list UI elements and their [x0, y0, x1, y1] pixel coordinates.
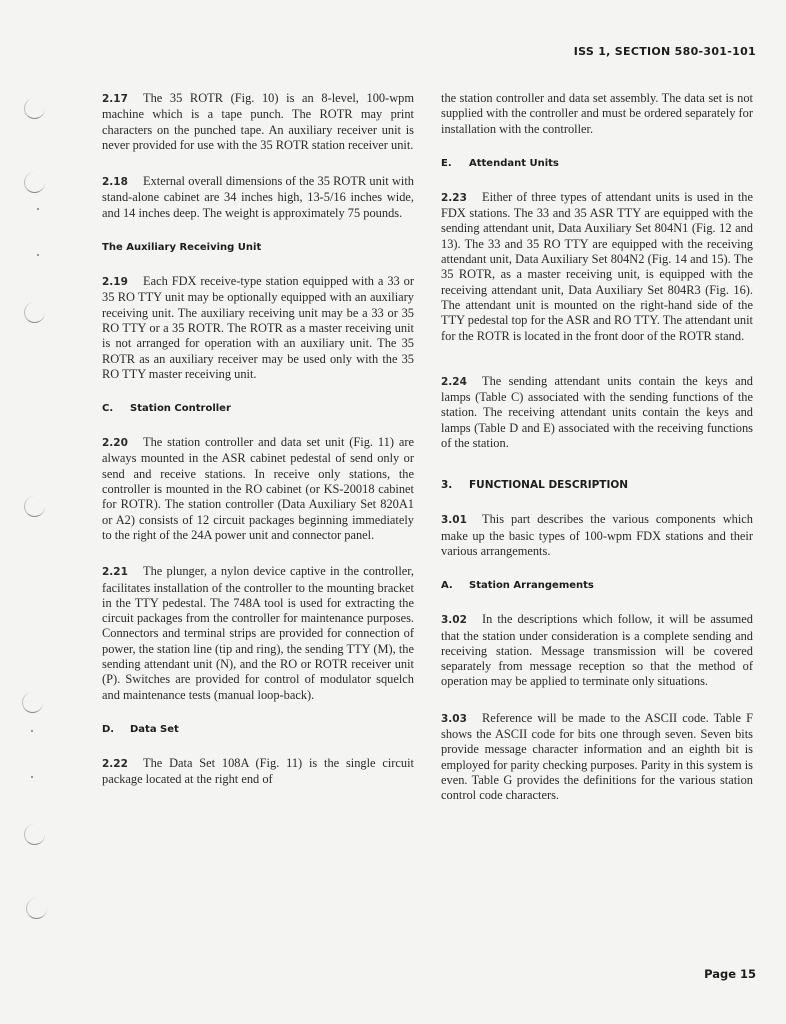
heading-station-arrangements: A.Station Arrangements: [441, 580, 753, 591]
heading-letter: A.: [441, 580, 469, 591]
paragraph-2-22: 2.22The Data Set 108A (Fig. 11) is the s…: [102, 756, 414, 788]
binder-hole: [24, 824, 45, 845]
paragraph-number: 2.20: [102, 436, 143, 451]
paragraph-2-19: 2.19Each FDX receive-type station equipp…: [102, 274, 414, 382]
binder-hole: [24, 496, 45, 517]
paragraph-2-21: 2.21The plunger, a nylon device captive …: [102, 564, 414, 703]
paragraph-number: 2.18: [102, 175, 143, 190]
paragraph-text: In the descriptions which follow, it wil…: [441, 612, 753, 688]
left-column: 2.17The 35 ROTR (Fig. 10) is an 8-level,…: [102, 91, 414, 809]
binder-hole: [22, 692, 43, 713]
paragraph-text: This part describes the various componen…: [441, 512, 753, 558]
heading-letter: 3.: [441, 479, 469, 491]
document-page: ISS 1, SECTION 580-301-101 2.17The 35 RO…: [0, 0, 786, 1024]
heading-letter: D.: [102, 724, 130, 735]
paragraph-number: 2.17: [102, 92, 143, 107]
paragraph-text: The Data Set 108A (Fig. 11) is the singl…: [102, 756, 414, 786]
paragraph-text: External overall dimensions of the 35 RO…: [102, 174, 414, 220]
heading-text: FUNCTIONAL DESCRIPTION: [469, 479, 628, 491]
heading-attendant-units: E.Attendant Units: [441, 158, 753, 169]
paragraph-text: Reference will be made to the ASCII code…: [441, 711, 753, 802]
right-column: the station controller and data set asse…: [441, 91, 753, 825]
heading-text: Station Arrangements: [469, 580, 594, 591]
paragraph-number: 2.19: [102, 275, 143, 290]
paragraph-text: The plunger, a nylon device captive in t…: [102, 564, 414, 701]
heading-station-controller: C.Station Controller: [102, 403, 414, 414]
paragraph-2-17: 2.17The 35 ROTR (Fig. 10) is an 8-level,…: [102, 91, 414, 153]
binder-hole: [26, 898, 47, 919]
paragraph-number: 2.23: [441, 191, 482, 206]
paragraph-number: 2.22: [102, 757, 143, 772]
binder-hole: [24, 98, 45, 119]
paragraph-2-22-continued: the station controller and data set asse…: [441, 91, 753, 137]
paragraph-number: 2.21: [102, 565, 143, 580]
margin-dot: [31, 776, 33, 778]
paragraph-2-18: 2.18External overall dimensions of the 3…: [102, 174, 414, 221]
page-number: Page 15: [704, 967, 756, 981]
margin-dot: [31, 730, 33, 732]
heading-text: Attendant Units: [469, 158, 559, 169]
margin-dot: [37, 208, 39, 210]
paragraph-text: The 35 ROTR (Fig. 10) is an 8-level, 100…: [102, 91, 414, 152]
section-header: ISS 1, SECTION 580-301-101: [574, 45, 756, 58]
paragraph-3-01: 3.01This part describes the various comp…: [441, 512, 753, 559]
heading-letter: C.: [102, 403, 130, 414]
heading-text: Station Controller: [130, 403, 231, 414]
heading-functional-description: 3.FUNCTIONAL DESCRIPTION: [441, 479, 753, 491]
binder-hole: [24, 172, 45, 193]
margin-dot: [37, 254, 39, 256]
paragraph-3-02: 3.02In the descriptions which follow, it…: [441, 612, 753, 689]
paragraph-number: 3.01: [441, 513, 482, 528]
paragraph-2-23: 2.23Either of three types of attendant u…: [441, 190, 753, 344]
heading-letter: E.: [441, 158, 469, 169]
binder-hole: [24, 302, 45, 323]
paragraph-text: The sending attendant units contain the …: [441, 374, 753, 450]
paragraph-number: 2.24: [441, 375, 482, 390]
paragraph-text: Each FDX receive-type station equipped w…: [102, 274, 414, 381]
paragraph-number: 3.03: [441, 712, 482, 727]
heading-data-set: D.Data Set: [102, 724, 414, 735]
heading-text: Data Set: [130, 724, 179, 735]
paragraph-text: The station controller and data set unit…: [102, 435, 414, 542]
paragraph-3-03: 3.03Reference will be made to the ASCII …: [441, 711, 753, 804]
paragraph-2-20: 2.20The station controller and data set …: [102, 435, 414, 543]
paragraph-text: Either of three types of attendant units…: [441, 190, 753, 343]
paragraph-number: 3.02: [441, 613, 482, 628]
paragraph-2-24: 2.24The sending attendant units contain …: [441, 374, 753, 451]
heading-auxiliary-receiving-unit: The Auxiliary Receiving Unit: [102, 242, 414, 253]
